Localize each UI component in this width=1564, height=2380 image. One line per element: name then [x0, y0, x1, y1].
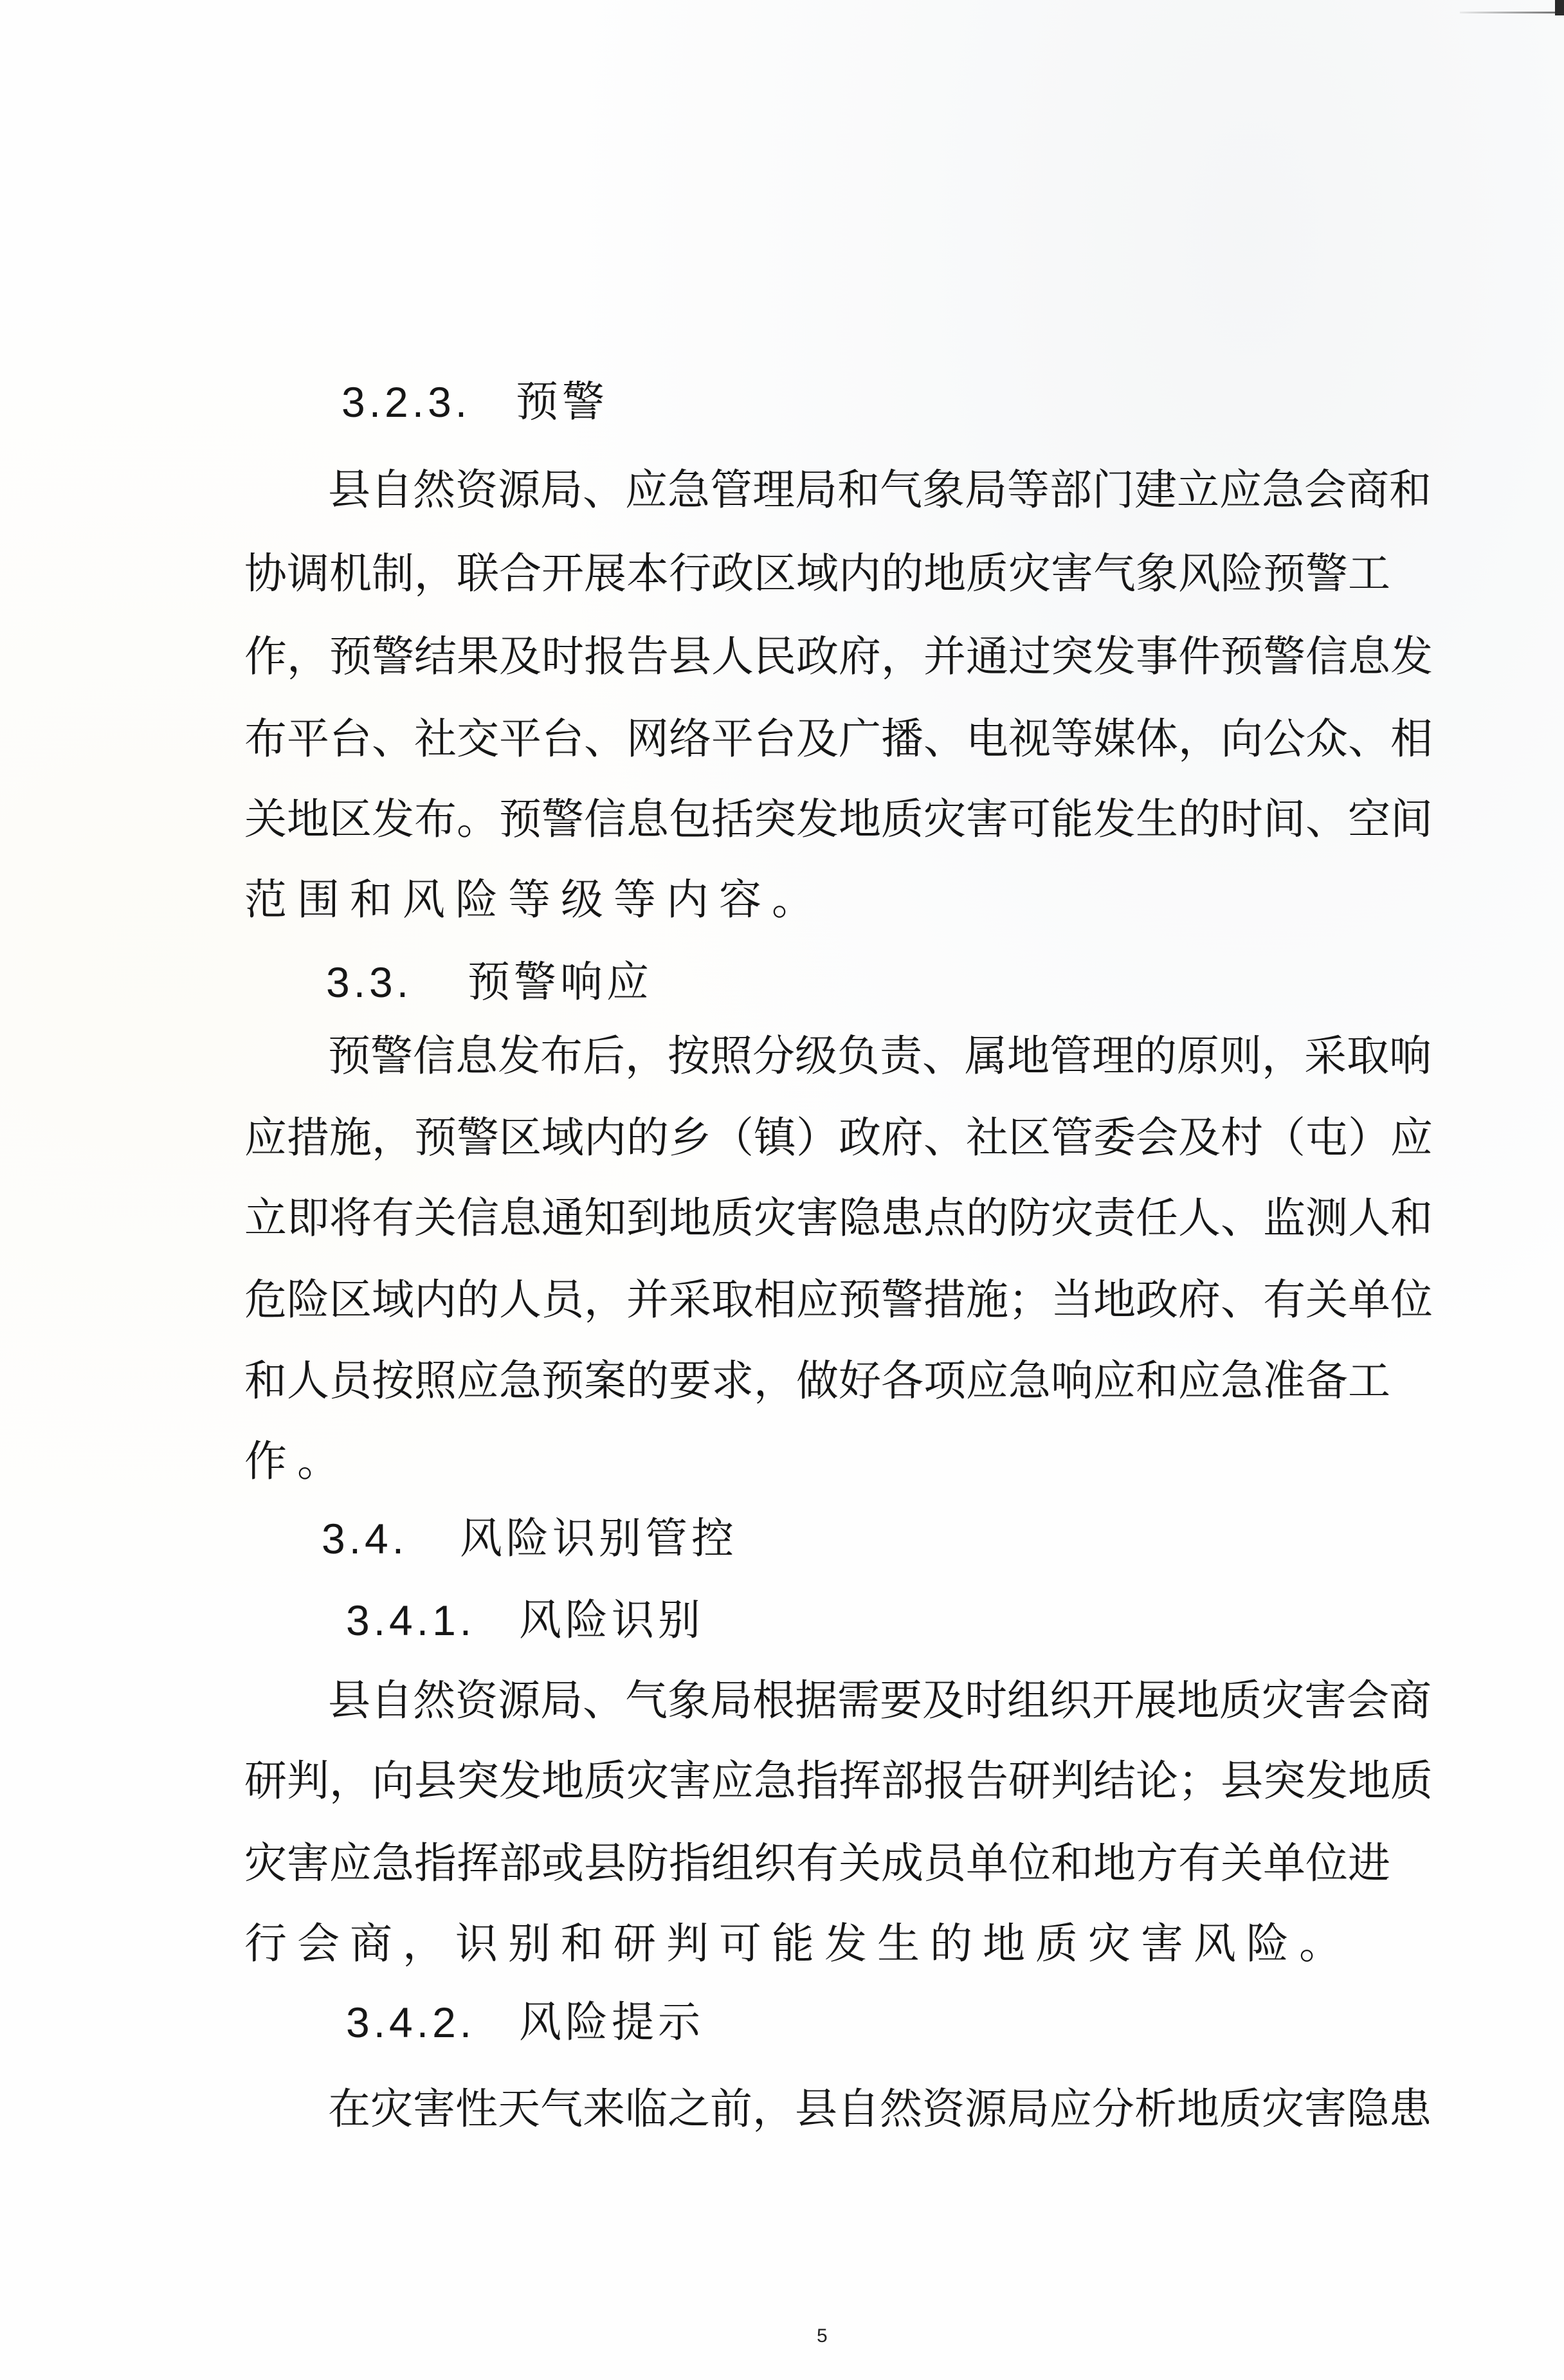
paragraph-1-line-6: 范围和风险等级等内容。 [244, 874, 824, 926]
section-title: 预警 [516, 376, 608, 428]
scan-corner-mark [1555, 0, 1564, 15]
paragraph-1-line-4: 布平台、社交平台、网络平台及广播、电视等媒体，向公众、相 [244, 713, 1389, 765]
paragraph-3-line-4: 行会商，识别和研判可能发生的地质灾害风险。 [244, 1918, 1352, 1970]
paragraph-2-line-4: 危险区域内的人员，并采取相应预警措施；当地政府、有关单位 [244, 1274, 1389, 1326]
section-heading-3-3: 3.3. 预警响应 [326, 957, 776, 1008]
paragraph-1-line-2: 协调机制，联合开展本行政区域内的地质灾害气象风险预警工 [244, 548, 1389, 600]
section-number: 3.2.3. [341, 376, 471, 428]
paragraph-3-line-1: 县自然资源局、气象局根据需要及时组织开展地质灾害会商 [328, 1675, 1389, 1726]
paragraph-2-line-1: 预警信息发布后，按照分级负责、属地管理的原则，采取响 [328, 1030, 1389, 1082]
section-title: 风险提示 [519, 1997, 704, 2048]
document-page: 3.2.3. 预警 县自然资源局、应急管理局和气象局等部门建立应急会商和 协调机… [0, 0, 1564, 2380]
section-title: 风险识别管控 [460, 1513, 738, 1564]
section-number: 3.3. [326, 957, 412, 1008]
section-title: 风险识别 [519, 1595, 704, 1646]
paragraph-4-line-1: 在灾害性天气来临之前，县自然资源局应分析地质灾害隐患 [328, 2083, 1389, 2135]
section-heading-3-4-1: 3.4.1. 风险识别 [346, 1595, 796, 1646]
section-number: 3.4.2. [346, 1997, 475, 2048]
paragraph-1-line-5: 关地区发布。预警信息包括突发地质灾害可能发生的时间、空间 [244, 794, 1389, 845]
section-title: 预警响应 [468, 957, 653, 1008]
section-heading-3-4: 3.4. 风险识别管控 [322, 1513, 836, 1564]
section-number: 3.4. [322, 1513, 408, 1564]
scan-edge-line [1460, 12, 1556, 14]
paragraph-2-line-2: 应措施，预警区域内的乡（镇）政府、社区管委会及村（屯）应 [244, 1112, 1389, 1164]
paragraph-2-line-5: 和人员按照应急预案的要求，做好各项应急响应和应急准备工 [244, 1355, 1389, 1407]
paragraph-2-line-3: 立即将有关信息通知到地质灾害隐患点的防灾责任人、监测人和 [244, 1193, 1389, 1244]
paragraph-1-line-3: 作，预警结果及时报告县人民政府，并通过突发事件预警信息发 [244, 631, 1389, 682]
paragraph-3-line-2: 研判，向县突发地质灾害应急指挥部报告研判结论；县突发地质 [244, 1755, 1389, 1807]
paragraph-3-line-3: 灾害应急指挥部或县防指组织有关成员单位和地方有关单位进 [244, 1838, 1389, 1889]
section-heading-3-4-2: 3.4.2. 风险提示 [346, 1997, 796, 2048]
section-number: 3.4.1. [346, 1595, 475, 1646]
section-heading-3-2-3: 3.2.3. 预警 [341, 376, 727, 428]
page-number: 5 [817, 2323, 828, 2349]
paragraph-1-line-1: 县自然资源局、应急管理局和气象局等部门建立应急会商和 [328, 464, 1389, 516]
paragraph-2-line-6: 作。 [244, 1436, 350, 1487]
